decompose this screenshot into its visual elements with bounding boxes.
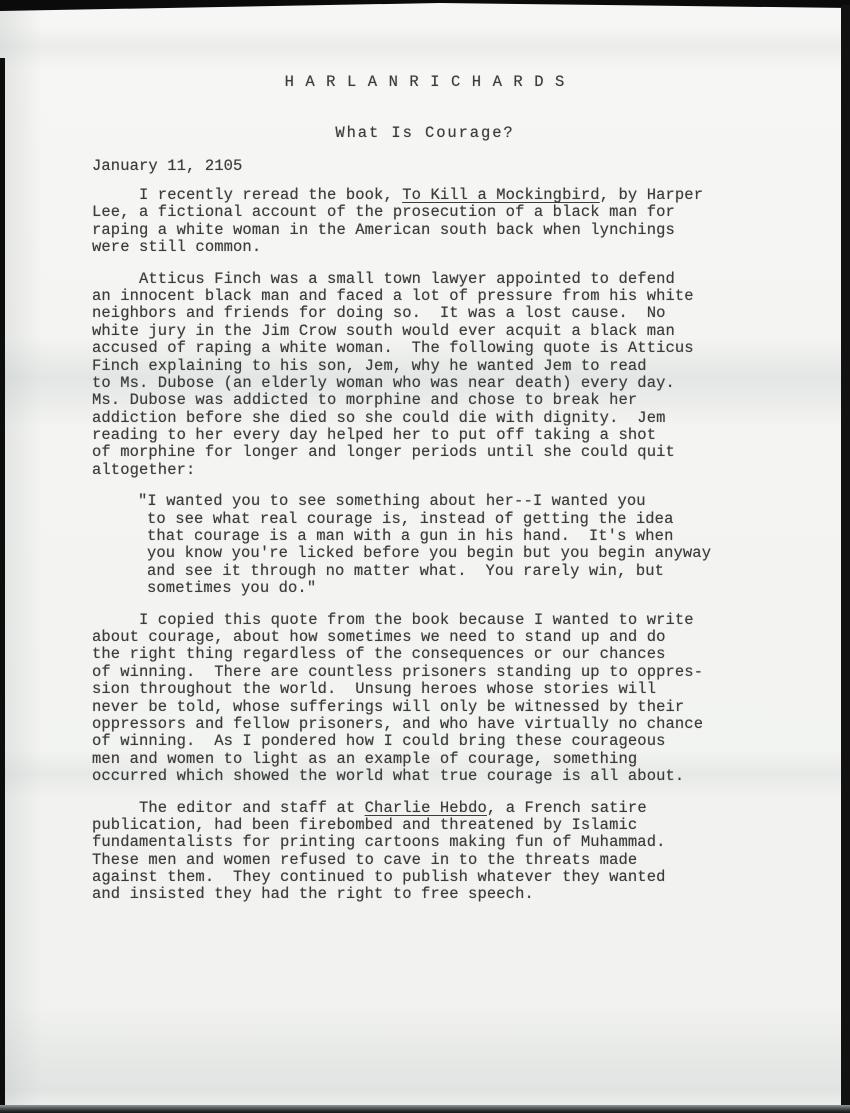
text-line: of winning. There are countless prisoner…	[92, 664, 782, 681]
text-line: the right thing regardless of the conseq…	[92, 646, 782, 663]
text-segment: Atticus Finch was a small town lawyer ap…	[92, 270, 675, 288]
text-line: Ms. Dubose was addicted to morphine and …	[92, 392, 782, 409]
text-segment: the right thing regardless of the conseq…	[92, 645, 666, 663]
text-segment: neighbors and friends for doing so. It w…	[92, 304, 666, 322]
scan-border-right	[841, 5, 850, 1113]
text-segment: occurred which showed the world what tru…	[92, 767, 684, 785]
text-segment: raping a white woman in the American sou…	[92, 221, 675, 239]
date-line: January 11, 2105	[92, 158, 242, 175]
text-segment: of winning. As I pondered how I could br…	[92, 732, 666, 750]
text-line: occurred which showed the world what tru…	[92, 768, 782, 785]
text-segment: sion throughout the world. Unsung heroes…	[92, 680, 656, 698]
text-line: and insisted they had the right to free …	[92, 886, 782, 903]
text-segment: altogether:	[92, 461, 195, 479]
text-segment: addiction before she died so she could d…	[92, 409, 666, 427]
text-line: to see what real courage is, instead of …	[147, 511, 782, 528]
text-line: reading to her every day helped her to p…	[92, 427, 782, 444]
text-segment: white jury in the Jim Crow south would e…	[92, 322, 675, 340]
scan-border-left	[0, 58, 5, 1113]
quote-paragraph: "I wanted you to see something about her…	[92, 493, 782, 597]
paragraph: I recently reread the book, To Kill a Mo…	[92, 187, 782, 257]
scan-artifact-band	[0, 26, 850, 68]
text-line: accused of raping a white woman. The fol…	[92, 340, 782, 357]
text-segment: against them. They continued to publish …	[92, 868, 666, 886]
text-segment: men and women to light as an example of …	[92, 750, 637, 768]
text-line: of winning. As I pondered how I could br…	[92, 733, 782, 750]
text-segment: The editor and staff at	[92, 799, 365, 817]
text-line: sion throughout the world. Unsung heroes…	[92, 681, 782, 698]
text-segment: These men and women refused to cave in t…	[92, 851, 637, 869]
text-line: "I wanted you to see something about her…	[147, 493, 782, 510]
text-line: of morphine for longer and longer period…	[92, 444, 782, 461]
scan-artifact-band	[0, 1005, 850, 1105]
text-line: Lee, a fictional account of the prosecut…	[92, 204, 782, 221]
text-line: raping a white woman in the American sou…	[92, 222, 782, 239]
document-body: I recently reread the book, To Kill a Mo…	[92, 187, 782, 918]
text-line: an innocent black man and faced a lot of…	[92, 288, 782, 305]
text-segment: to see what real courage is, instead of …	[147, 510, 673, 528]
text-line: The editor and staff at Charlie Hebdo, a…	[92, 800, 782, 817]
underlined-work-title: Charlie Hebdo	[365, 799, 487, 817]
text-line: Finch explaining to his son, Jem, why he…	[92, 358, 782, 375]
text-segment: of winning. There are countless prisoner…	[92, 663, 703, 681]
text-segment: accused of raping a white woman. The fol…	[92, 339, 694, 357]
text-line: that courage is a man with a gun in his …	[147, 528, 782, 545]
text-segment: "I wanted you to see something about her…	[138, 492, 646, 510]
text-line: and see it through no matter what. You r…	[147, 563, 782, 580]
text-line: neighbors and friends for doing so. It w…	[92, 305, 782, 322]
text-segment: oppressors and fellow prisoners, and who…	[92, 715, 703, 733]
text-line: against them. They continued to publish …	[92, 869, 782, 886]
text-segment: you know you're licked before you begin …	[147, 544, 711, 562]
text-line: altogether:	[92, 462, 782, 479]
paragraph: I copied this quote from the book becaus…	[92, 612, 782, 786]
text-segment: I recently reread the book,	[92, 186, 402, 204]
text-segment: Finch explaining to his son, Jem, why he…	[92, 357, 647, 375]
text-line: These men and women refused to cave in t…	[92, 852, 782, 869]
text-line: addiction before she died so she could d…	[92, 410, 782, 427]
text-segment: and insisted they had the right to free …	[92, 885, 534, 903]
text-segment: sometimes you do."	[147, 579, 316, 597]
text-line: never be told, whose sufferings will onl…	[92, 699, 782, 716]
text-line: Atticus Finch was a small town lawyer ap…	[92, 271, 782, 288]
text-line: were still common.	[92, 239, 782, 256]
document-title: What Is Courage?	[0, 125, 850, 142]
paragraph: Atticus Finch was a small town lawyer ap…	[92, 271, 782, 480]
text-segment: about courage, about how sometimes we ne…	[92, 628, 666, 646]
text-segment: were still common.	[92, 238, 261, 256]
text-segment: of morphine for longer and longer period…	[92, 443, 675, 461]
text-segment: Lee, a fictional account of the prosecut…	[92, 203, 675, 221]
paragraph: The editor and staff at Charlie Hebdo, a…	[92, 800, 782, 904]
text-segment: to Ms. Dubose (an elderly woman who was …	[92, 374, 675, 392]
scanned-document-page: H A R L A N R I C H A R D S What Is Cour…	[0, 0, 850, 1113]
text-line: I copied this quote from the book becaus…	[92, 612, 782, 629]
text-line: oppressors and fellow prisoners, and who…	[92, 716, 782, 733]
text-line: publication, had been firebombed and thr…	[92, 817, 782, 834]
text-line: about courage, about how sometimes we ne…	[92, 629, 782, 646]
text-segment: I copied this quote from the book becaus…	[92, 611, 694, 629]
text-segment: that courage is a man with a gun in his …	[147, 527, 673, 545]
text-segment: never be told, whose sufferings will onl…	[92, 698, 684, 716]
scan-border-bottom	[0, 1105, 850, 1113]
text-line: you know you're licked before you begin …	[147, 545, 782, 562]
text-line: white jury in the Jim Crow south would e…	[92, 323, 782, 340]
text-segment: , a French satire	[487, 799, 647, 817]
text-segment: publication, had been firebombed and thr…	[92, 816, 637, 834]
author-header: H A R L A N R I C H A R D S	[0, 74, 850, 91]
underlined-work-title: To Kill a Mockingbird	[402, 186, 599, 204]
text-segment: fundamentalists for printing cartoons ma…	[92, 833, 666, 851]
text-line: fundamentalists for printing cartoons ma…	[92, 834, 782, 851]
text-segment: reading to her every day helped her to p…	[92, 426, 656, 444]
text-line: sometimes you do."	[147, 580, 782, 597]
text-segment: and see it through no matter what. You r…	[147, 562, 664, 580]
text-line: to Ms. Dubose (an elderly woman who was …	[92, 375, 782, 392]
text-line: I recently reread the book, To Kill a Mo…	[92, 187, 782, 204]
scan-border-top	[0, 0, 850, 12]
text-segment: , by Harper	[600, 186, 703, 204]
text-segment: Ms. Dubose was addicted to morphine and …	[92, 391, 637, 409]
text-line: men and women to light as an example of …	[92, 751, 782, 768]
text-segment: an innocent black man and faced a lot of…	[92, 287, 694, 305]
